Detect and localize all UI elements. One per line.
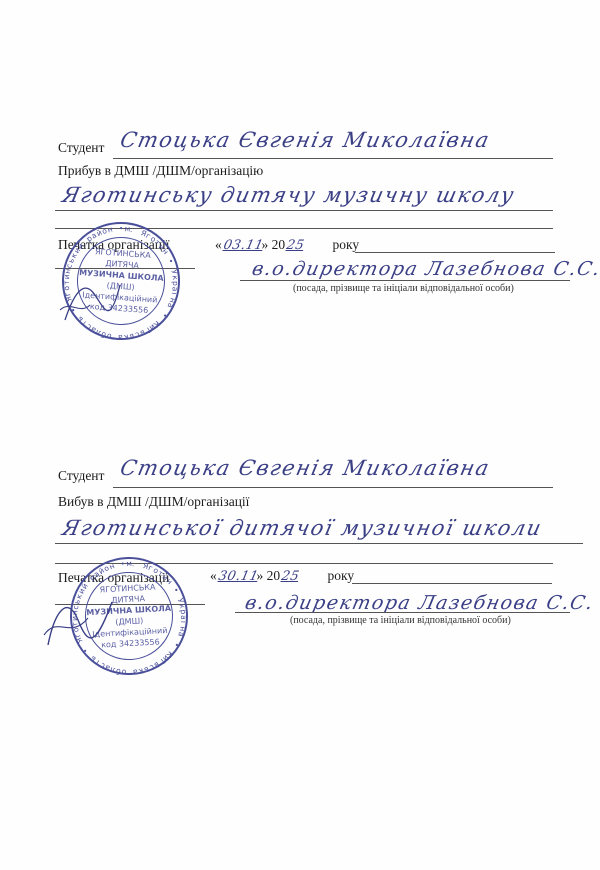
official-underline [235,612,570,613]
student-label: Студент [58,140,104,156]
date-open-quote: « [215,237,222,252]
student-label: Студент [58,468,104,484]
official-signature: в.о.директора Лазебнова С.С. [250,258,600,280]
org-underline-1 [55,543,583,544]
date-underline [355,252,555,253]
org-label: Прибув в ДМШ /ДШМ/організацію [58,163,263,179]
org-underline-1 [55,210,553,211]
student-name-underline [113,158,553,159]
signature-scribble-icon [55,270,125,330]
org-label: Вибув в ДМШ /ДШМ/організації [58,494,249,510]
year-word: року [332,237,359,252]
date-underline [352,583,552,584]
org-value-handwritten: Яготинської дитячої музичної школи [60,516,545,540]
student-name-handwritten: Стоцька Євгенія Миколаївна [118,456,492,480]
student-name-handwritten: Стоцька Євгенія Миколаївна [118,128,492,152]
date-line: «03.11» 2025 року [215,237,359,253]
date-day-month: 30.11 [217,569,260,584]
year-prefix: 20 [272,237,286,252]
official-caption: (посада, прізвище та ініціали відповідал… [290,615,511,626]
document-page: Студент Стоцька Євгенія Миколаївна Прибу… [0,0,600,870]
date-line: «30.11» 2025 року [210,568,354,584]
official-signature: в.о.директора Лазебнова С.С. [243,592,596,614]
signature-scribble-icon [40,590,120,650]
date-day-month: 03.11 [222,238,265,253]
year-suffix: 25 [285,238,324,253]
student-name-underline [113,487,553,488]
year-prefix: 20 [267,568,281,583]
org-value-handwritten: Яготинську дитячу музичну школу [60,183,517,207]
year-word: року [327,568,354,583]
year-suffix: 25 [280,569,319,584]
official-caption: (посада, прізвище та ініціали відповідал… [293,283,514,294]
date-open-quote: « [210,568,217,583]
official-underline [240,280,570,281]
